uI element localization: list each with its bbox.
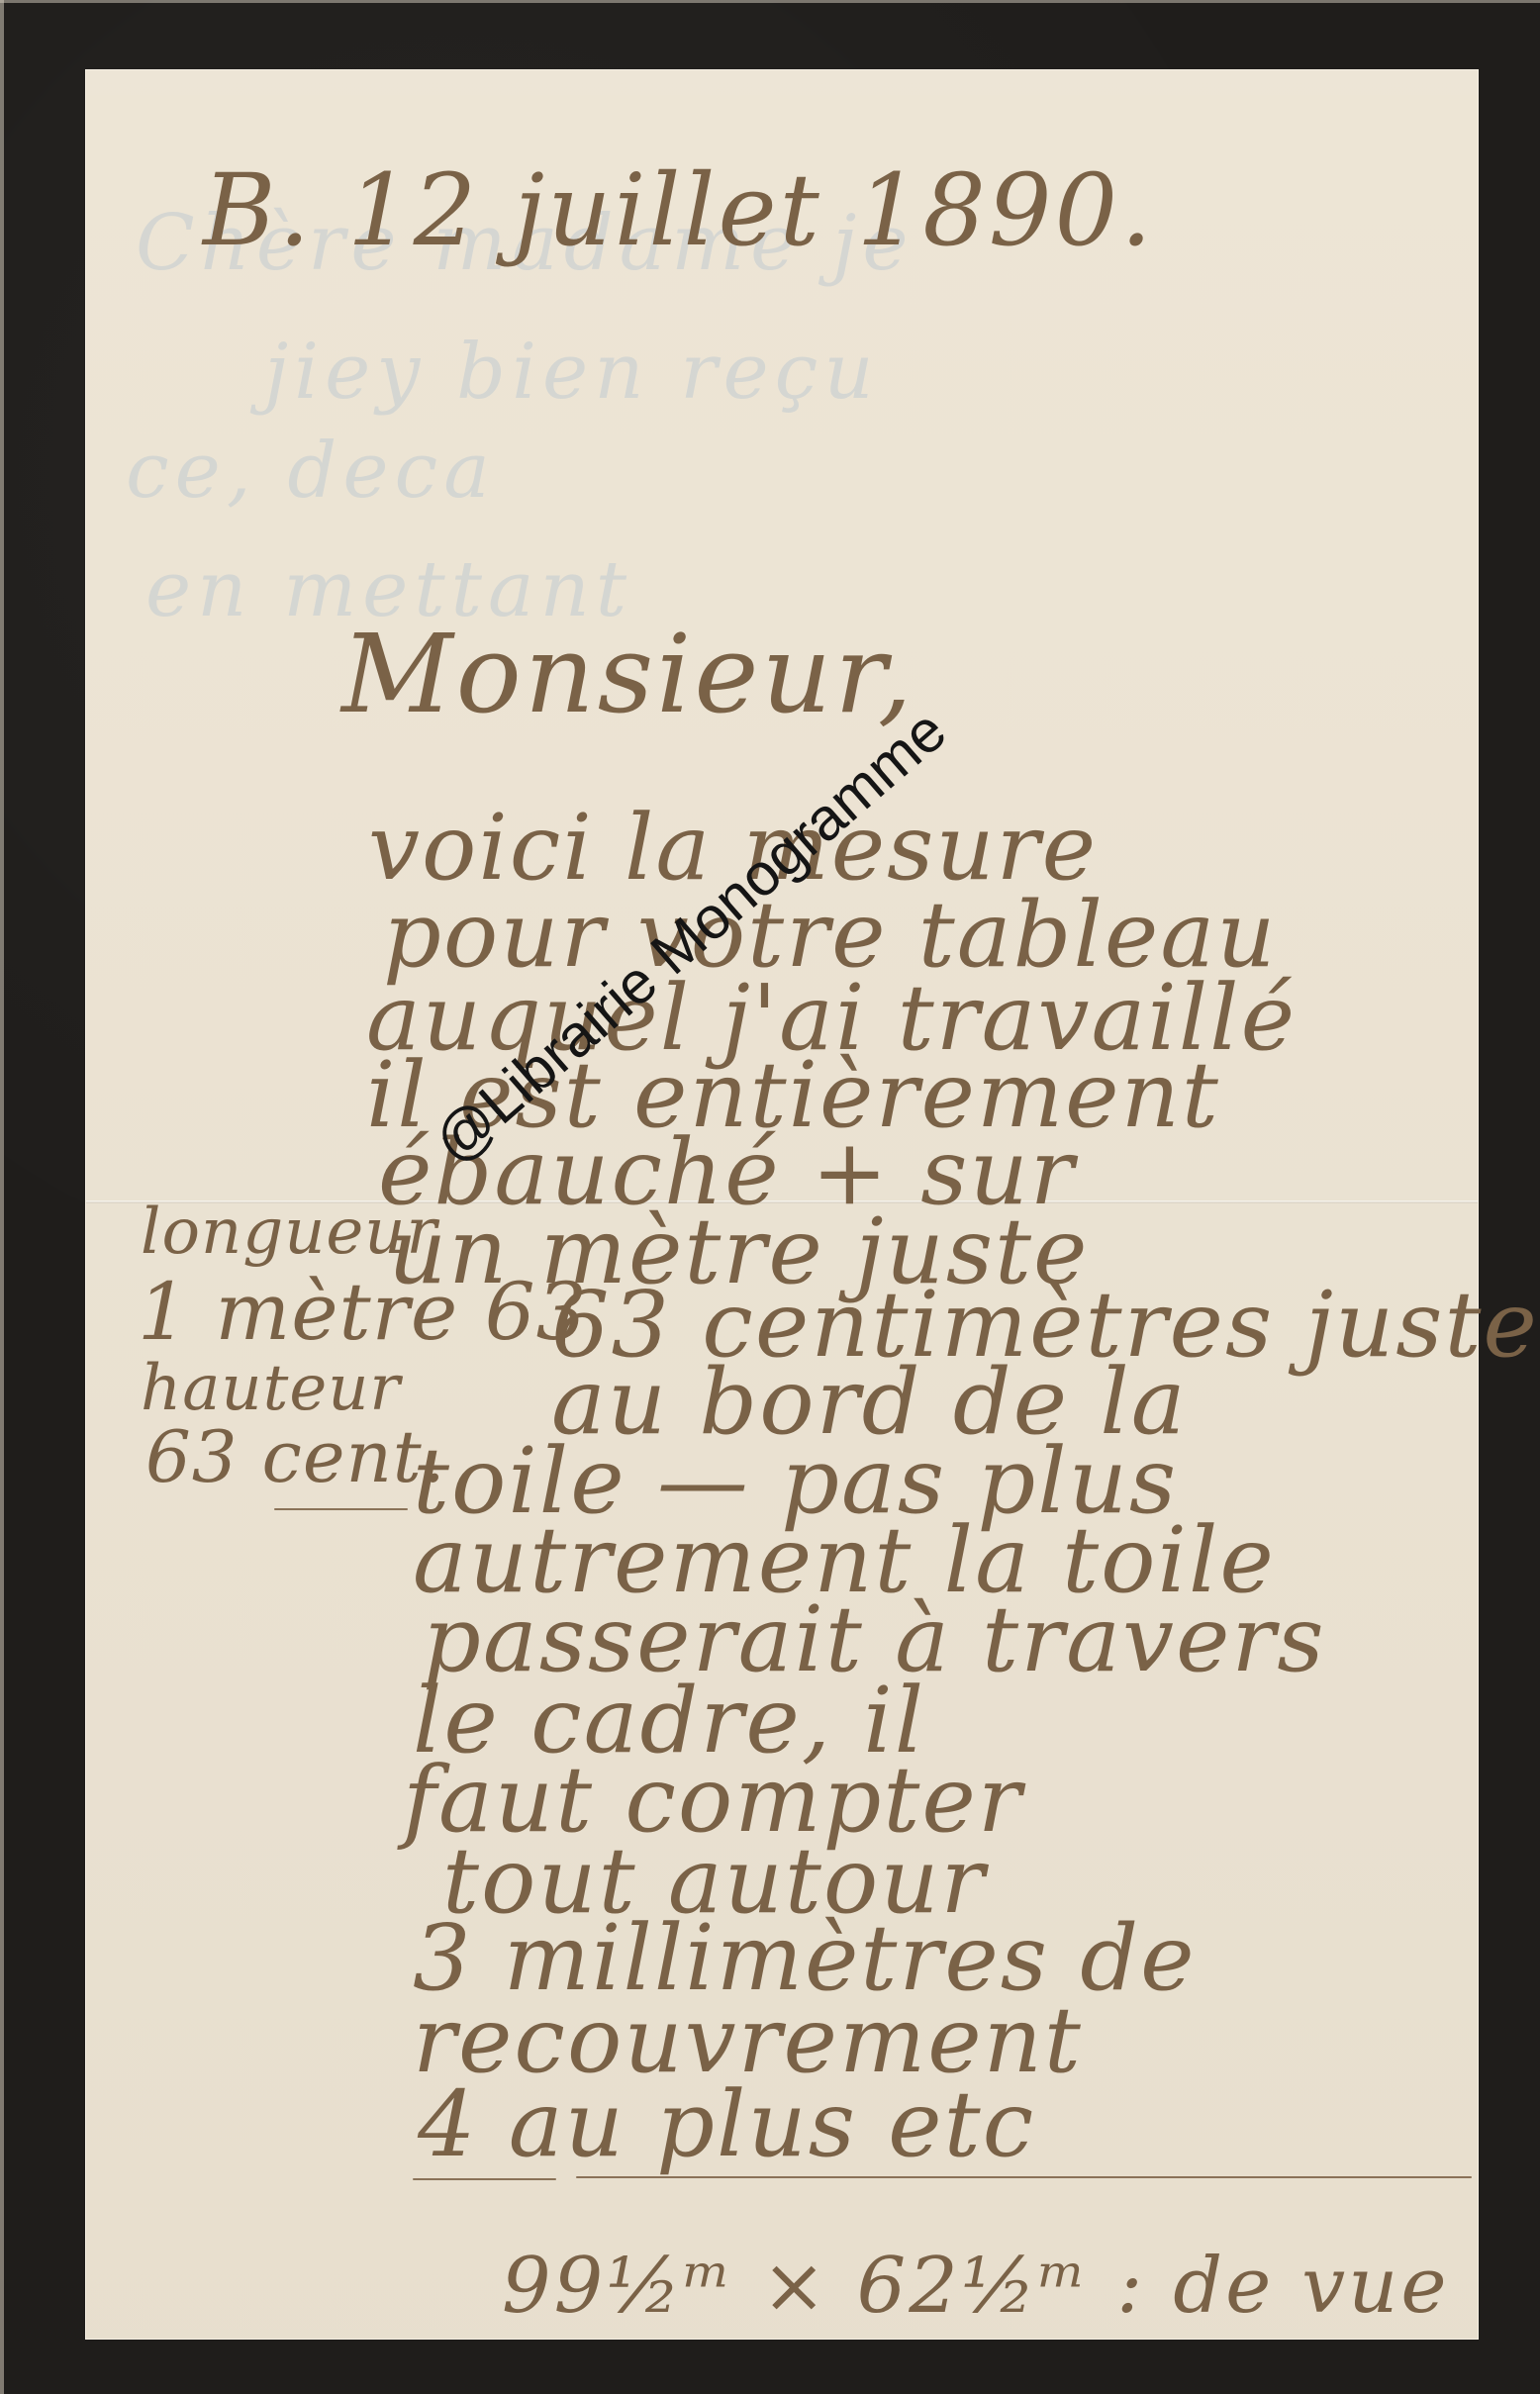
- body-line: 4 au plus etc: [418, 2079, 1035, 2170]
- margin-note-line: 63 cent.: [145, 1421, 446, 1492]
- salutation: Monsieur,: [341, 620, 915, 728]
- show-through-text: ce, deca: [126, 427, 496, 516]
- dateline: B. 12 juillet 1890.: [203, 161, 1155, 260]
- border-edge-top: [0, 0, 1540, 3]
- separator-rule-right: [576, 2176, 1472, 2178]
- separator-rule-left: [413, 2178, 556, 2180]
- margin-note-line: longueur: [141, 1200, 437, 1264]
- footer-measurement-note: 99½ᵐ × 62½ᵐ : de vue: [502, 2248, 1450, 2325]
- border-edge-left: [0, 0, 4, 2394]
- show-through-text: jiey bien reçu: [264, 328, 880, 417]
- margin-note-underline: [274, 1508, 408, 1510]
- margin-note-line: hauteur: [141, 1357, 401, 1420]
- margin-note-line: 1 mètre 63: [138, 1273, 588, 1352]
- letter-paper: Chère madame je jiey bien reçu ce, deca …: [86, 70, 1478, 2339]
